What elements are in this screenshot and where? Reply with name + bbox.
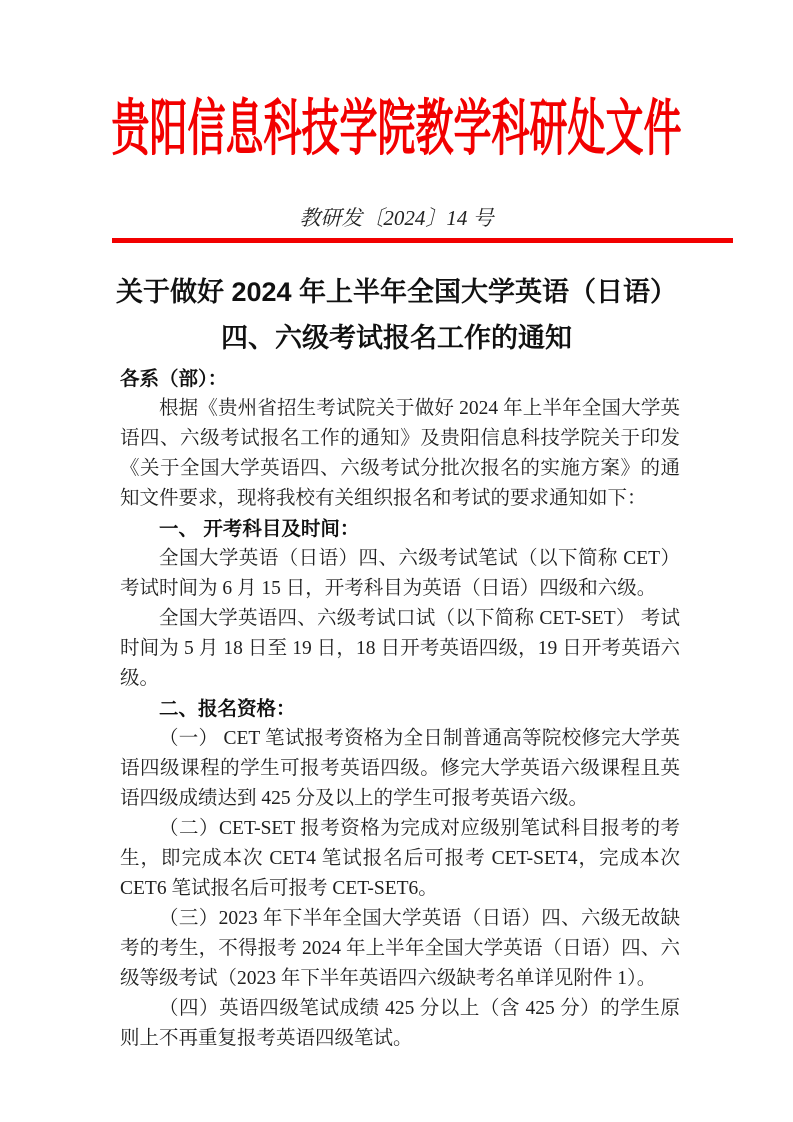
notice-title-line1: 关于做好 2024 年上半年全国大学英语（日语） [0,269,793,315]
red-divider-line [112,238,733,243]
red-letterhead-title: 贵阳信息科技学院教学科研处文件 [0,98,793,162]
document-number: 教研发〔2024〕14 号 [0,204,793,232]
section-2-paragraph-1: （一） CET 笔试报考资格为全日制普通高等院校修完大学英语四级课程的学生可报考… [120,724,680,814]
section-2-paragraph-4: （四）英语四级笔试成绩 425 分以上（含 425 分）的学生原则上不再重复报考… [120,994,680,1054]
salutation: 各系（部）： [120,364,680,394]
section-2-paragraph-3: （三）2023 年下半年全国大学英语（日语）四、六级无故缺考的考生，不得报考 2… [120,904,680,994]
intro-paragraph: 根据《贵州省招生考试院关于做好 2024 年上半年全国大学英语四、六级考试报名工… [120,394,680,514]
section-1-paragraph-2: 全国大学英语四、六级考试口试（以下简称 CET-SET） 考试时间为 5 月 1… [120,604,680,694]
section-2-paragraph-2: （二）CET-SET 报考资格为完成对应级别笔试科目报考的考生，即完成本次 CE… [120,814,680,904]
section-1-paragraph-1: 全国大学英语（日语）四、六级考试笔试（以下简称 CET）考试时间为 6 月 15… [120,544,680,604]
notice-title-line2: 四、六级考试报名工作的通知 [0,315,793,361]
notice-title: 关于做好 2024 年上半年全国大学英语（日语） 四、六级考试报名工作的通知 [0,269,793,361]
section-1-heading: 一、 开考科目及时间： [120,514,680,544]
section-2-heading: 二、报名资格： [120,694,680,724]
document-body: 各系（部）： 根据《贵州省招生考试院关于做好 2024 年上半年全国大学英语四、… [120,364,680,1054]
document-page: 贵阳信息科技学院教学科研处文件 教研发〔2024〕14 号 关于做好 2024 … [0,0,793,1122]
